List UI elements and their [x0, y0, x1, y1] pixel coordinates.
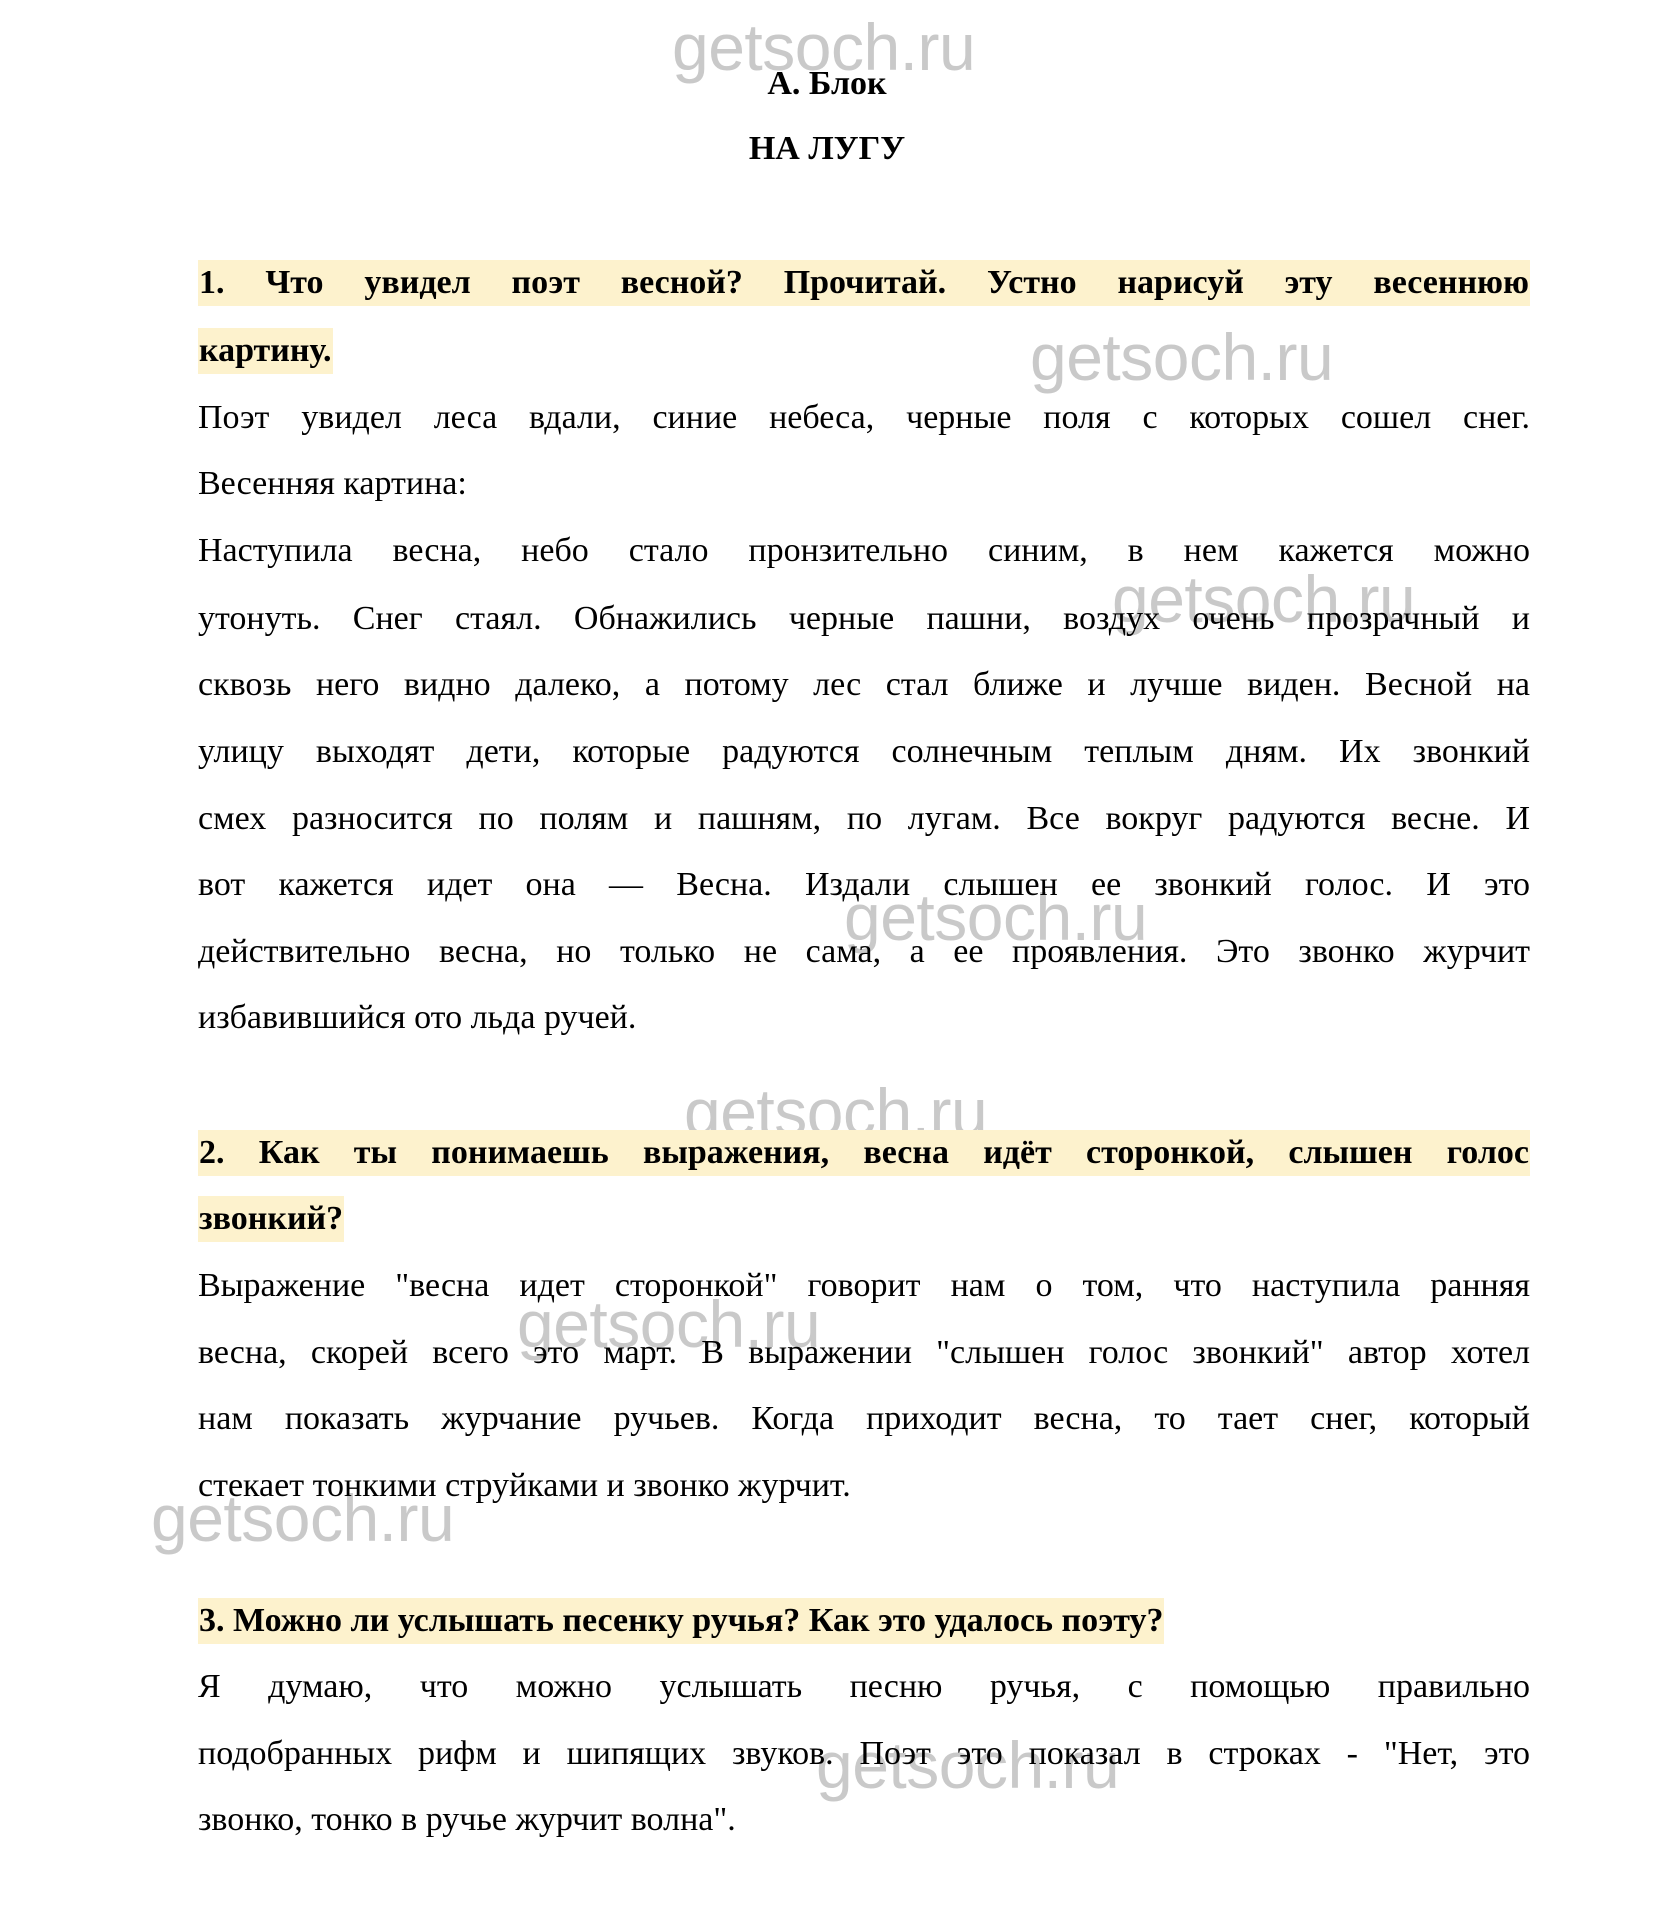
question-line: звонкий? [198, 1196, 1530, 1242]
question-highlight: картину. [198, 328, 333, 374]
answer-line: улицу выходят дети, которые радуются сол… [198, 729, 1530, 775]
answer-line: сквозь него видно далеко, а потому лес с… [198, 662, 1530, 708]
question-line: 1. Что увидел поэт весной? Прочитай. Уст… [198, 260, 1530, 306]
answer-line: весна, скорей всего это март. В выражени… [198, 1330, 1530, 1376]
answer-line: утонуть. Снег стаял. Обнажились черные п… [198, 596, 1530, 642]
question-line: картину. [198, 328, 1530, 374]
question-line: 2. Как ты понимаешь выражения, весна идё… [198, 1130, 1530, 1176]
answer-line: смех разносится по полям и пашням, по лу… [198, 796, 1530, 842]
question-highlight: 2. Как ты понимаешь выражения, весна идё… [198, 1130, 1530, 1176]
question-highlight: 1. Что увидел поэт весной? Прочитай. Уст… [198, 260, 1530, 306]
question-line: 3. Можно ли услышать песенку ручья? Как … [198, 1598, 1530, 1644]
answer-line: подобранных рифм и шипящих звуков. Поэт … [198, 1731, 1530, 1777]
answer-line: избавившийся ото льда ручей. [198, 995, 1530, 1041]
answer-line: нам показать журчание ручьев. Когда прих… [198, 1396, 1530, 1442]
answer-line: Поэт увидел леса вдали, синие небеса, че… [198, 395, 1530, 441]
question-highlight: звонкий? [198, 1196, 344, 1242]
answer-line: Я думаю, что можно услышать песню ручья,… [198, 1664, 1530, 1710]
author-name: А. Блок [0, 64, 1654, 104]
answer-line: Весенняя картина: [198, 461, 1530, 507]
document-page: getsoch.ru getsoch.ru getsoch.ru getsoch… [0, 0, 1654, 1906]
answer-line: Выражение "весна идет сторонкой" говорит… [198, 1263, 1530, 1309]
answer-line: Наступила весна, небо стало пронзительно… [198, 528, 1530, 574]
answer-line: вот кажется идет она — Весна. Издали слы… [198, 862, 1530, 908]
answer-line: действительно весна, но только не сама, … [198, 929, 1530, 975]
answer-line: стекает тонкими струйками и звонко журчи… [198, 1463, 1530, 1509]
answer-line: звонко, тонко в ручье журчит волна". [198, 1797, 1530, 1843]
poem-title: НА ЛУГУ [0, 129, 1654, 169]
question-highlight: 3. Можно ли услышать песенку ручья? Как … [198, 1598, 1164, 1644]
